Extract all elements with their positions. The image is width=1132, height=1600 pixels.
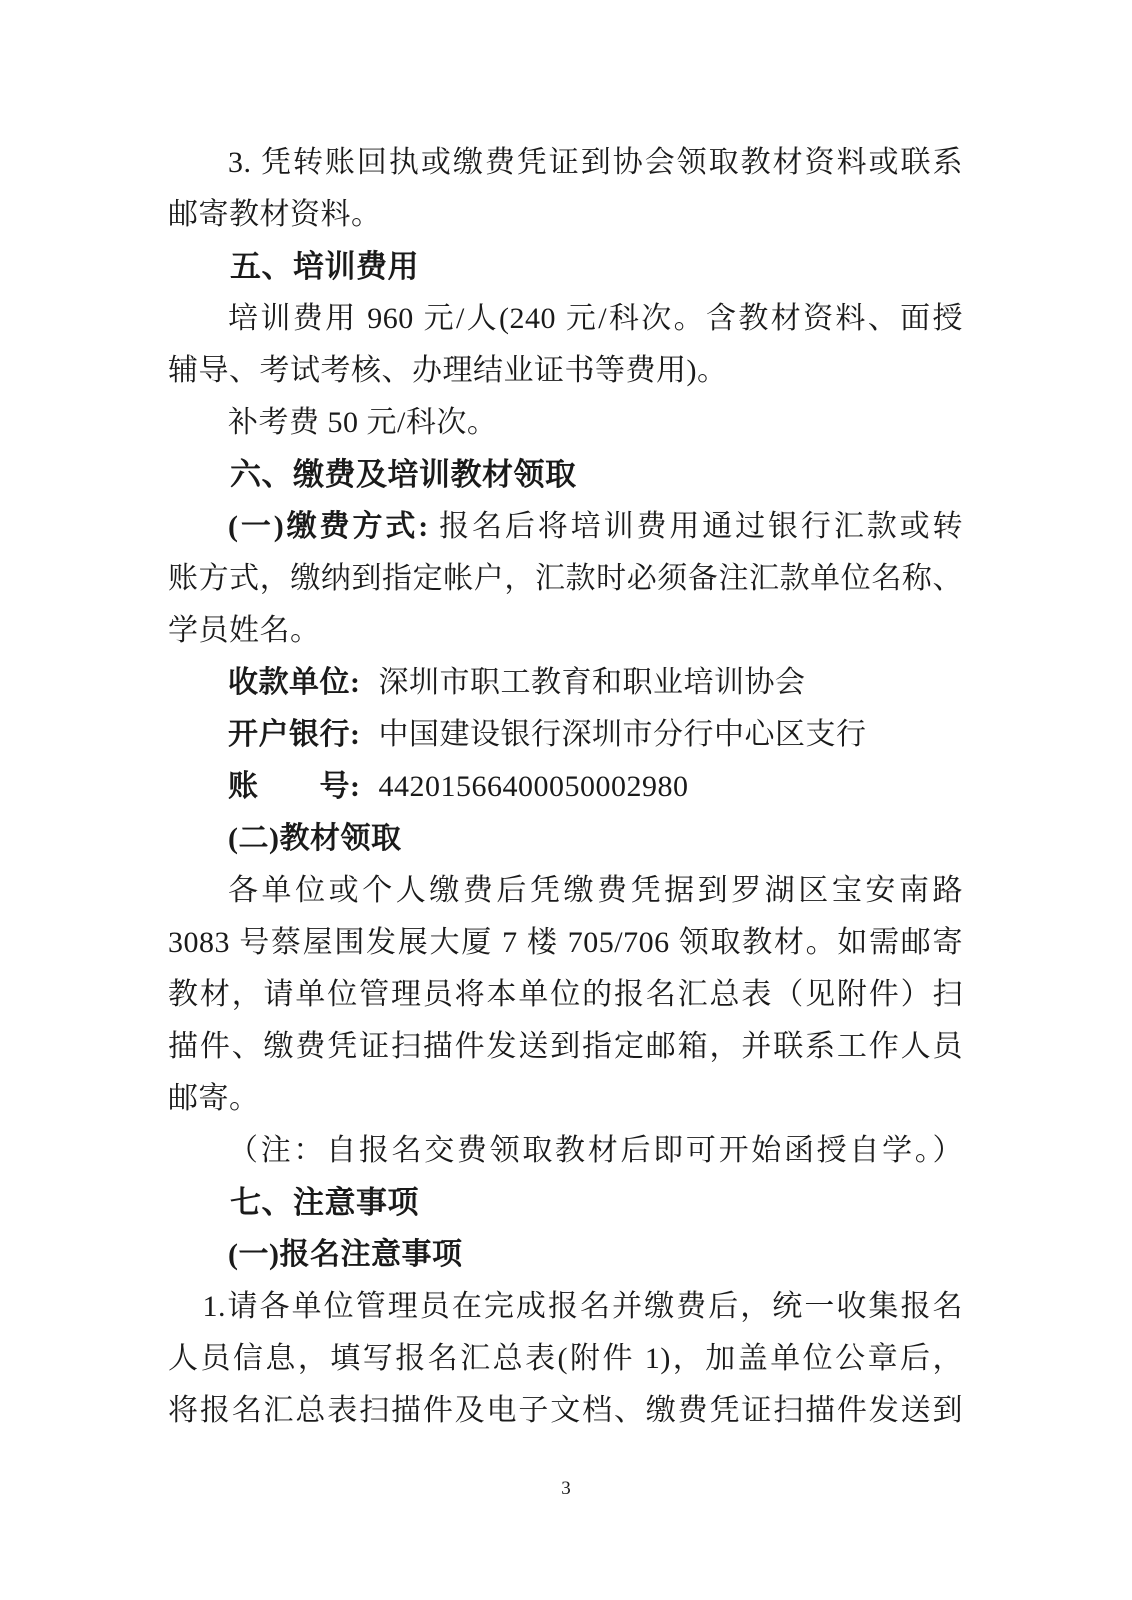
note-line: （注：自报名交费领取教材后即可开始函授自学。） bbox=[168, 1125, 963, 1177]
item3-line: 3. 凭转账回执或缴费凭证到协会领取教材资料或联系 bbox=[168, 137, 963, 189]
page-number: 3 bbox=[0, 1478, 1132, 1500]
bank-value: 中国建设银行深圳市分行中心区支行 bbox=[379, 718, 867, 751]
payment-method-label: (一)缴费方式: bbox=[228, 510, 439, 543]
notice-item1-line: 人员信息，填写报名汇总表(附件 1)，加盖单位公章后， bbox=[168, 1333, 963, 1385]
materials-line: 邮寄。 bbox=[168, 1073, 963, 1125]
section5-heading: 五、培训费用 bbox=[168, 241, 963, 293]
notice-item1-line: 将报名汇总表扫描件及电子文档、缴费凭证扫描件发送到 bbox=[168, 1385, 963, 1437]
account-label: 账 号: bbox=[228, 770, 369, 803]
notice-item1-line: 1.请各单位管理员在完成报名并缴费后，统一收集报名 bbox=[168, 1281, 963, 1333]
section5-fee-line: 培训费用 960 元/人(240 元/科次。含教材资料、面授 bbox=[168, 293, 963, 345]
section6-heading: 六、缴费及培训教材领取 bbox=[168, 449, 963, 501]
section7-heading: 七、注意事项 bbox=[168, 1177, 963, 1229]
section7-sub1-heading: (一)报名注意事项 bbox=[168, 1229, 963, 1281]
account-number: 44201566400050002980 bbox=[379, 770, 689, 803]
payee-value: 深圳市职工教育和职业培训协会 bbox=[379, 666, 806, 699]
payment-method-line: 学员姓名。 bbox=[168, 605, 963, 657]
payment-method-text: 报名后将培训费用通过银行汇款或转 bbox=[439, 510, 963, 543]
materials-line: 教材，请单位管理员将本单位的报名汇总表（见附件）扫 bbox=[168, 969, 963, 1021]
bank-label: 开户银行: bbox=[228, 718, 369, 751]
materials-line: 各单位或个人缴费后凭缴费凭据到罗湖区宝安南路 bbox=[168, 865, 963, 917]
payee-label: 收款单位: bbox=[228, 666, 369, 699]
section5-fee-line: 辅导、考试考核、办理结业证书等费用)。 bbox=[168, 345, 963, 397]
materials-heading: (二)教材领取 bbox=[168, 813, 963, 865]
section5-resit-fee: 补考费 50 元/科次。 bbox=[168, 397, 963, 449]
document-page: 3. 凭转账回执或缴费凭证到协会领取教材资料或联系 邮寄教材资料。 五、培训费用… bbox=[0, 0, 1132, 1600]
materials-line: 描件、缴费凭证扫描件发送到指定邮箱，并联系工作人员 bbox=[168, 1021, 963, 1073]
payee-line: 收款单位: 深圳市职工教育和职业培训协会 bbox=[168, 657, 963, 709]
bank-line: 开户银行: 中国建设银行深圳市分行中心区支行 bbox=[168, 709, 963, 761]
payment-method-line: 账方式，缴纳到指定帐户，汇款时必须备注汇款单位名称、 bbox=[168, 553, 963, 605]
account-line: 账 号: 44201566400050002980 bbox=[168, 761, 963, 813]
payment-method-line: (一)缴费方式: 报名后将培训费用通过银行汇款或转 bbox=[168, 501, 963, 553]
materials-line: 3083 号蔡屋围发展大厦 7 楼 705/706 领取教材。如需邮寄 bbox=[168, 917, 963, 969]
item3-line: 邮寄教材资料。 bbox=[168, 189, 963, 241]
document-body: 3. 凭转账回执或缴费凭证到协会领取教材资料或联系 邮寄教材资料。 五、培训费用… bbox=[168, 137, 963, 1437]
